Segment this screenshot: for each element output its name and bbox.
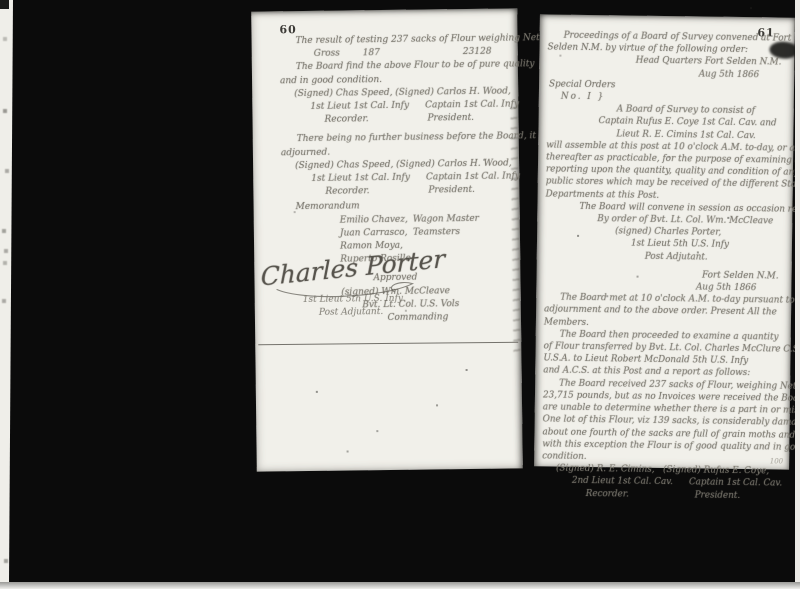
doc-line: Post Adjutant.	[319, 306, 403, 320]
previous-page-sliver	[0, 0, 13, 582]
doc-line-right: Captain 1st Cal. Infy	[409, 98, 519, 113]
film-edge-right	[795, 0, 800, 589]
doc-line: Recorder.President.	[542, 487, 780, 502]
doc-line-right: President.	[393, 112, 506, 127]
page61-text-block: Proceedings of a Board of Survey convene…	[542, 29, 786, 502]
doc-line-right: Teamsters	[413, 225, 508, 239]
doc-line: Recorder.President.	[281, 184, 507, 200]
right-page: 61 Proceedings of a Board of Survey conv…	[534, 14, 795, 469]
frame-corner-notch	[0, 0, 9, 9]
doc-line-right: President.	[394, 184, 507, 199]
doc-line: The Board find the above Flour to be of …	[296, 59, 506, 75]
film-edge-bottom	[0, 582, 800, 589]
horizontal-ink-rule	[258, 342, 518, 345]
doc-line: Recorder.President.	[280, 112, 506, 128]
doc-line-left: Recorder.	[542, 487, 661, 501]
doc-line-right: Captain 1st Cal. Infy	[410, 170, 520, 185]
left-page: 60 The result of testing 237 sacks of Fl…	[251, 8, 523, 471]
doc-line-left: (Signed) Chas Speed,	[281, 159, 394, 174]
doc-line: Post Adjutant.	[645, 250, 783, 264]
doc-line: There being no further business before t…	[297, 131, 507, 147]
microfilm-frame: 60 The result of testing 237 sacks of Fl…	[0, 0, 800, 589]
doc-line-right: Wagon Master	[413, 212, 508, 226]
page-corner-mark: 100	[770, 457, 783, 465]
doc-line: 1st Lieut 5th U.S. Infy	[303, 293, 403, 307]
doc-line-left: Recorder.	[281, 185, 394, 200]
doc-line-left: (Signed) Chas Speed,	[280, 87, 393, 102]
signature-rank-lines: 1st Lieut 5th U.S. Infy Post Adjutant.	[303, 293, 404, 320]
doc-line-right: President.	[661, 488, 780, 502]
doc-line-left: Recorder.	[280, 113, 393, 128]
paper-specks	[251, 12, 253, 14]
